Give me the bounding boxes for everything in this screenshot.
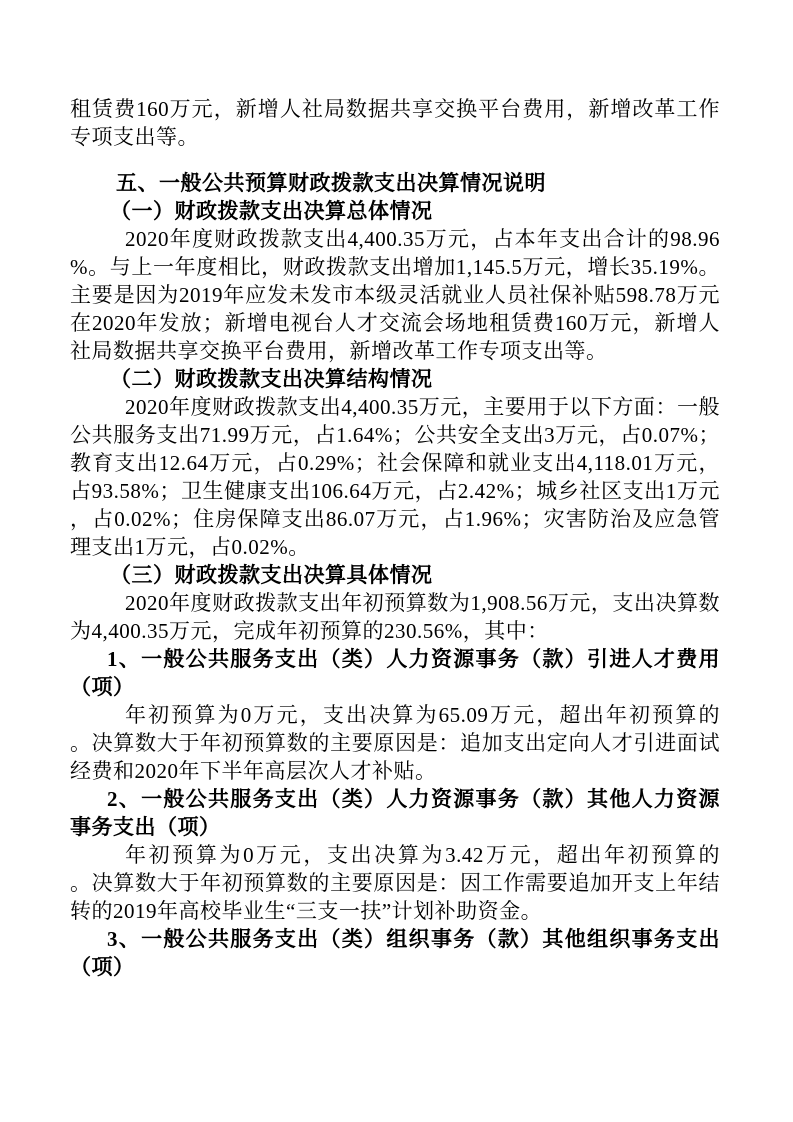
text-line: 主要是因为2019年应发未发市本级灵活就业人员社保补贴598.78万元 xyxy=(70,281,720,309)
text-line: 2、一般公共服务支出（类）人力资源事务（款）其他人力资源 xyxy=(70,785,720,813)
text-line: 占93.58%；卫生健康支出106.64万元，占2.42%；城乡社区支出1万元 xyxy=(70,477,720,505)
subsection-3-heading: （三）财政拨款支出决算具体情况 xyxy=(70,561,720,589)
text-line: 1、一般公共服务支出（类）人力资源事务（款）引进人才费用 xyxy=(70,645,720,673)
text-line: 转的2019年高校毕业生“三支一扶”计划补助资金。 xyxy=(70,897,720,925)
section-5-heading: 五、一般公共预算财政拨款支出决算情况说明 xyxy=(70,169,720,197)
text-line: 在2020年发放；新增电视台人才交流会场地租赁费160万元，新增人 xyxy=(70,309,720,337)
subsection-1-paragraph: 2020年度财政拨款支出4,400.35万元，占本年支出合计的98.96%。与上… xyxy=(70,225,720,365)
text-line: （二）财政拨款支出决算结构情况 xyxy=(70,365,720,393)
text-line: 2020年度财政拨款支出年初预算数为1,908.56万元，支出决算数 xyxy=(70,589,720,617)
item-1-paragraph: 年初预算为0万元，支出决算为65.09万元，超出年初预算的100%。决算数大于年… xyxy=(70,701,720,785)
text-line: 专项支出等。 xyxy=(70,123,720,151)
item-1-heading: 1、一般公共服务支出（类）人力资源事务（款）引进人才费用（项） xyxy=(70,645,720,701)
subsection-1-heading: （一）财政拨款支出决算总体情况 xyxy=(70,197,720,225)
document-body: 租赁费160万元，新增人社局数据共享交换平台费用，新增改革工作专项支出等。五、一… xyxy=(70,95,720,981)
paragraph-carryover: 租赁费160万元，新增人社局数据共享交换平台费用，新增改革工作专项支出等。 xyxy=(70,95,720,151)
subsection-2-heading: （二）财政拨款支出决算结构情况 xyxy=(70,365,720,393)
text-line: 经费和2020年下半年高层次人才补贴。 xyxy=(70,757,720,785)
text-line: 公共服务支出71.99万元，占1.64%；公共安全支出3万元，占0.07%； xyxy=(70,421,720,449)
subsection-3-paragraph: 2020年度财政拨款支出年初预算数为1,908.56万元，支出决算数为4,400… xyxy=(70,589,720,645)
text-line: 。决算数大于年初预算数的主要原因是：因工作需要追加开支上年结 xyxy=(70,869,720,897)
text-line: （项） xyxy=(70,673,720,701)
text-line: 租赁费160万元，新增人社局数据共享交换平台费用，新增改革工作 xyxy=(70,95,720,123)
text-line: 2020年度财政拨款支出4,400.35万元，主要用于以下方面：一般 xyxy=(70,393,720,421)
text-line: 3、一般公共服务支出（类）组织事务（款）其他组织事务支出 xyxy=(70,925,720,953)
text-line: （一）财政拨款支出决算总体情况 xyxy=(70,197,720,225)
text-line: 事务支出（项） xyxy=(70,813,720,841)
text-line: 社局数据共享交换平台费用，新增改革工作专项支出等。 xyxy=(70,337,720,365)
text-line: 年初预算为0万元，支出决算为65.09万元，超出年初预算的100% xyxy=(70,701,720,729)
text-line: 五、一般公共预算财政拨款支出决算情况说明 xyxy=(70,169,720,197)
text-line: 教育支出12.64万元，占0.29%；社会保障和就业支出4,118.01万元， xyxy=(70,449,720,477)
text-line: 为4,400.35万元，完成年初预算的230.56%，其中： xyxy=(70,617,720,645)
text-line: ，占0.02%；住房保障支出86.07万元，占1.96%；灾害防治及应急管 xyxy=(70,505,720,533)
text-line: （三）财政拨款支出决算具体情况 xyxy=(70,561,720,589)
text-line: 。决算数大于年初预算数的主要原因是：追加支出定向人才引进面试 xyxy=(70,729,720,757)
text-line: 理支出1万元，占0.02%。 xyxy=(70,533,720,561)
text-line: （项） xyxy=(70,953,720,981)
item-2-heading: 2、一般公共服务支出（类）人力资源事务（款）其他人力资源事务支出（项） xyxy=(70,785,720,841)
text-line: 2020年度财政拨款支出4,400.35万元，占本年支出合计的98.96 xyxy=(70,225,720,253)
subsection-2-paragraph: 2020年度财政拨款支出4,400.35万元，主要用于以下方面：一般公共服务支出… xyxy=(70,393,720,561)
text-line: %。与上一年度相比，财政拨款支出增加1,145.5万元，增长35.19%。 xyxy=(70,253,720,281)
document-page: 租赁费160万元，新增人社局数据共享交换平台费用，新增改革工作专项支出等。五、一… xyxy=(0,0,793,1122)
text-line: 年初预算为0万元，支出决算为3.42万元，超出年初预算的100% xyxy=(70,841,720,869)
item-3-heading: 3、一般公共服务支出（类）组织事务（款）其他组织事务支出（项） xyxy=(70,925,720,981)
item-2-paragraph: 年初预算为0万元，支出决算为3.42万元，超出年初预算的100%。决算数大于年初… xyxy=(70,841,720,925)
